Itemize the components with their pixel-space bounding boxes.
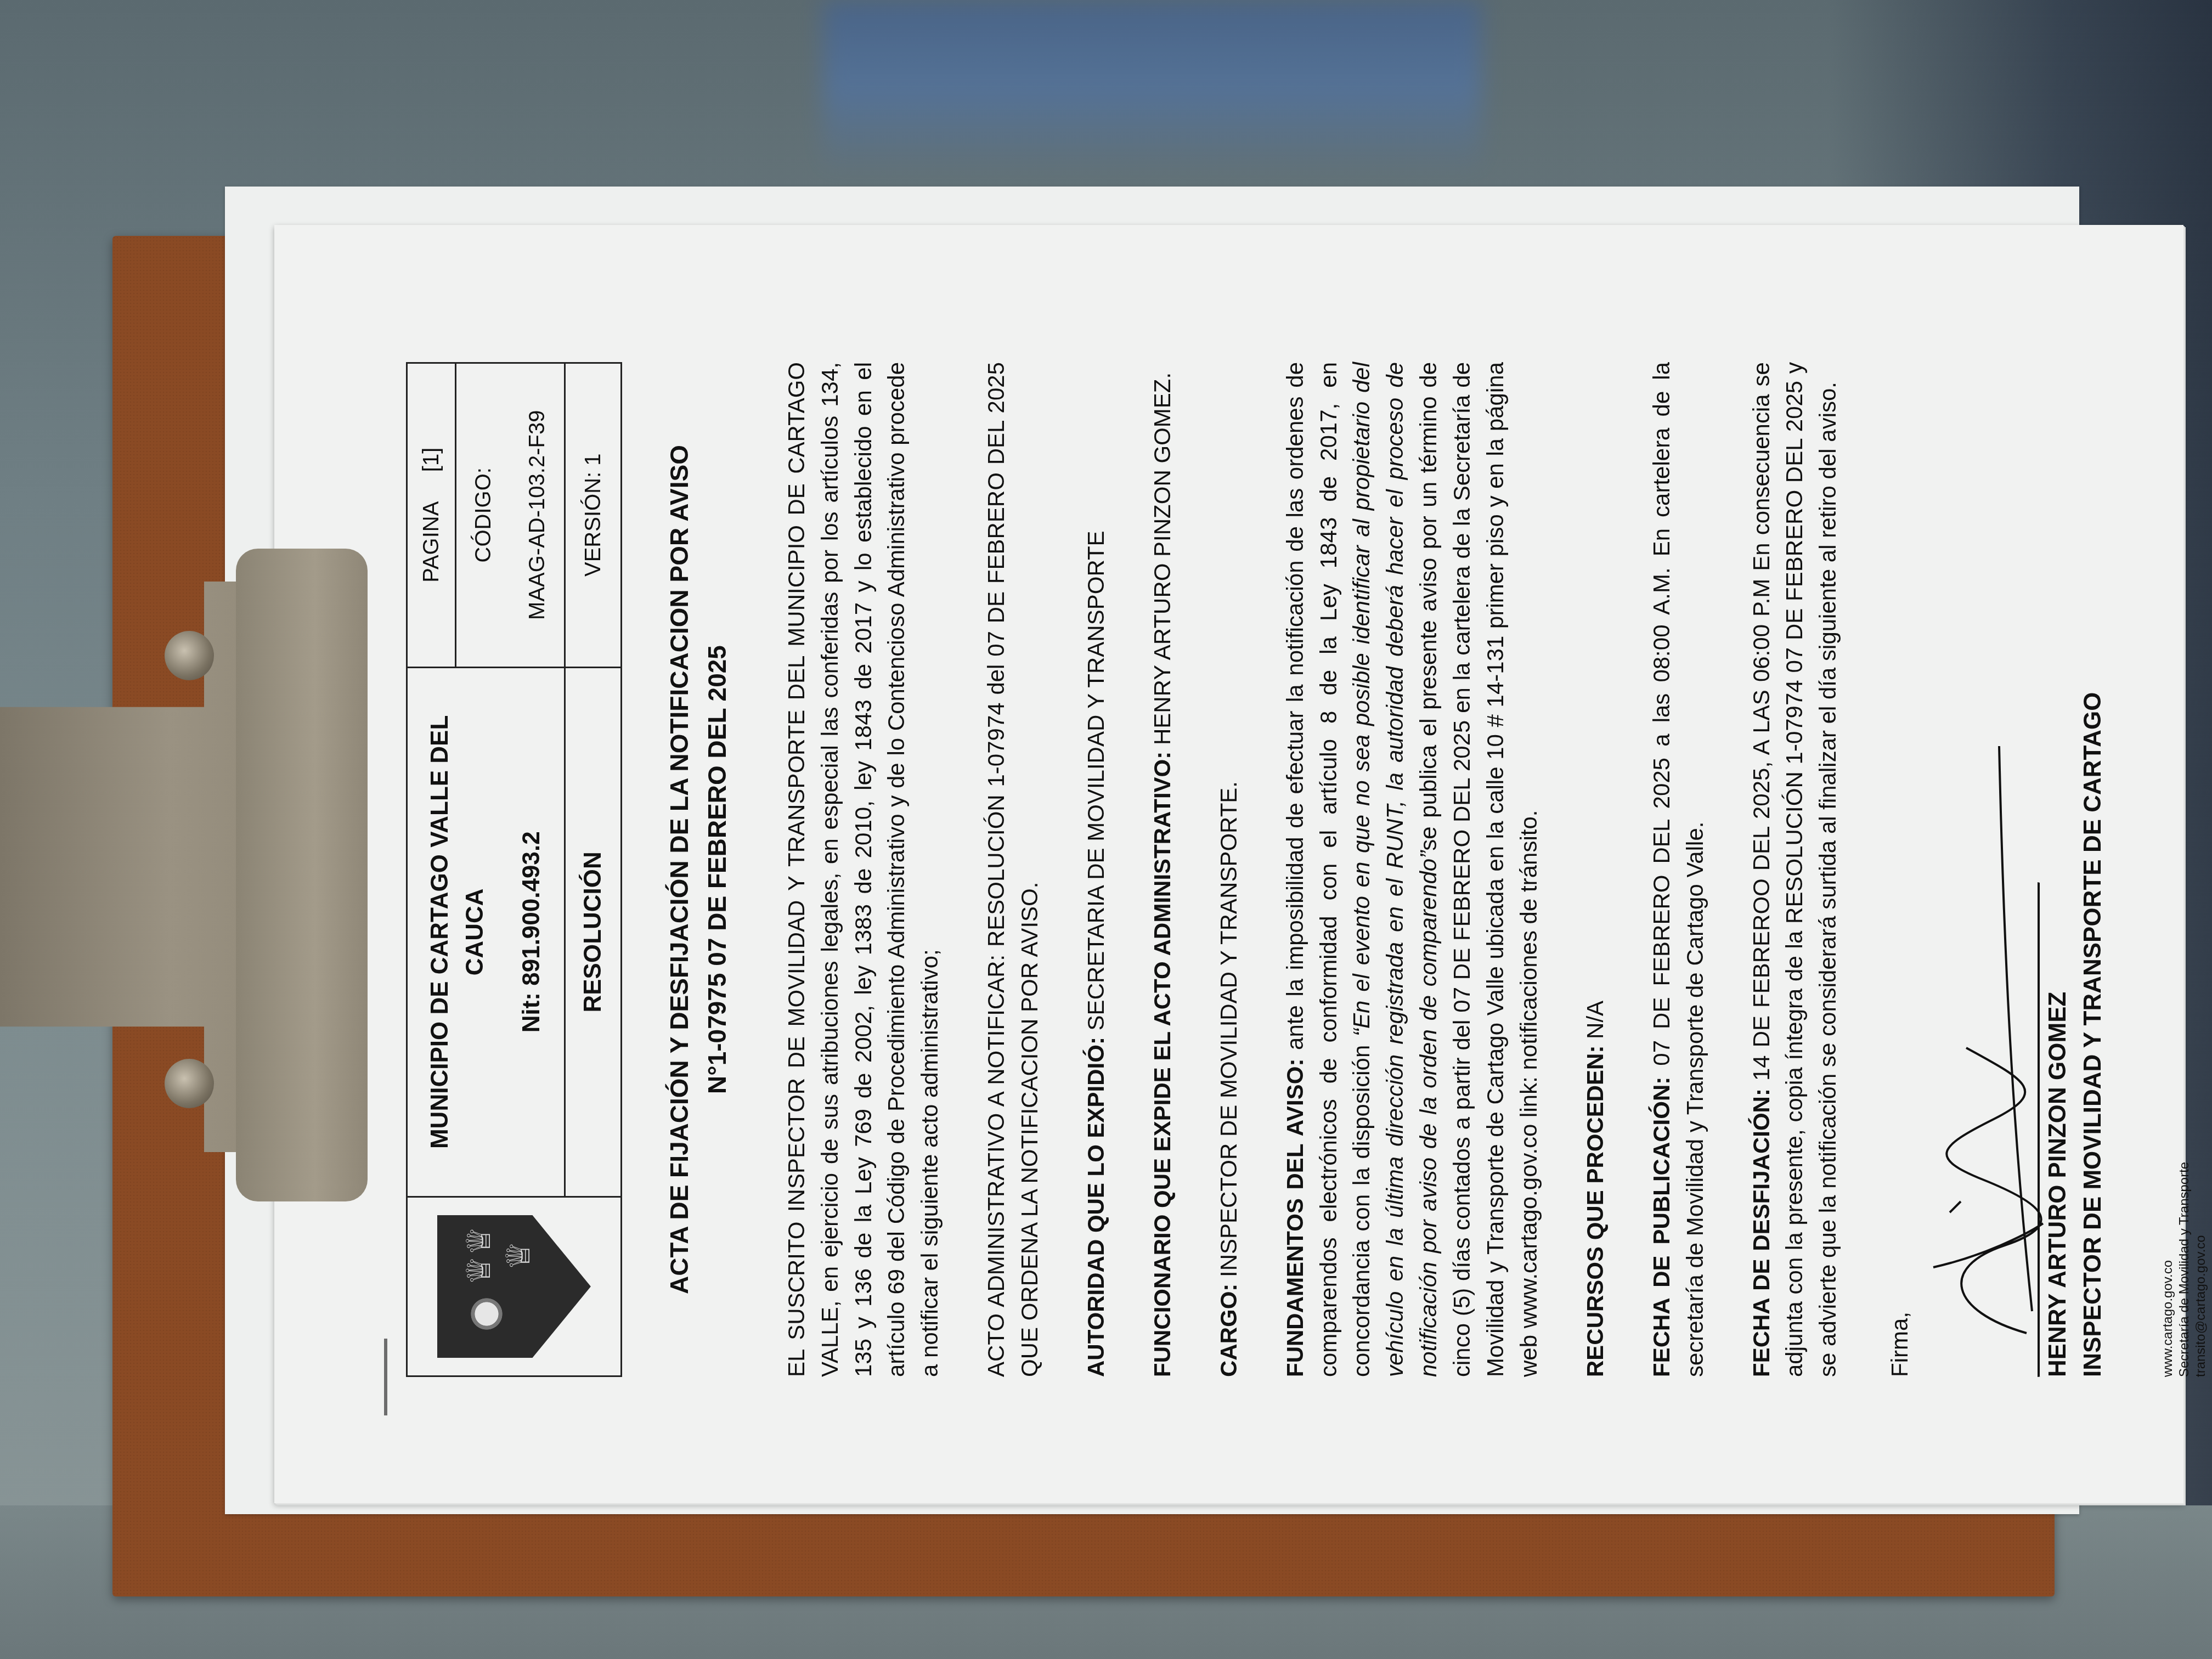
footer-website: www.cartago.gov.co xyxy=(2160,362,2176,1377)
cargo-paragraph: CARGO: INSPECTOR DE MOVILIDAD Y TRANSPOR… xyxy=(1212,362,1246,1377)
page-number: [1] xyxy=(419,448,443,472)
fundamentos-paragraph: FUNDAMENTOS DEL AVISO: ante la imposibil… xyxy=(1279,362,1546,1377)
document-header-table: MUNICIPIO DE CARTAGO VALLE DEL CAUCA Nit… xyxy=(406,362,622,1377)
doc-type-cell: RESOLUCIÓN xyxy=(565,667,622,1197)
coat-of-arms-icon xyxy=(437,1215,591,1358)
cargo-value: INSPECTOR DE MOVILIDAD Y TRANSPORTE. xyxy=(1216,781,1242,1284)
signature-label: Firma, xyxy=(1883,362,1917,1377)
cargo-label: CARGO: xyxy=(1216,1284,1242,1377)
publicacion-label: FECHA DE PUBLICACIÓN: xyxy=(1649,1077,1674,1377)
desfijacion-label: FECHA DE DESFIJACIÓN: xyxy=(1748,1088,1774,1377)
fundamentos-label: FUNDAMENTOS DEL AVISO: xyxy=(1282,1059,1308,1377)
document-page: MUNICIPIO DE CARTAGO VALLE DEL CAUCA Nit… xyxy=(357,318,1871,1437)
version-cell: VERSIÓN: 1 xyxy=(565,363,622,668)
funcionario-label: FUNCIONARIO QUE EXPIDE EL ACTO ADMINISTR… xyxy=(1149,752,1175,1377)
footer-department: Secretaría de Movilidad y Transporte xyxy=(2176,362,2193,1377)
desfijacion-paragraph: FECHA DE DESFIJACIÓN: 14 DE FEBREROO DEL… xyxy=(1745,362,1846,1377)
publicacion-paragraph: FECHA DE PUBLICACIÓN: 07 DE FEBRERO DEL … xyxy=(1645,362,1712,1377)
window-reflection xyxy=(823,0,1481,176)
funcionario-value: HENRY ARTURO PINZON GOMEZ. xyxy=(1149,373,1175,752)
page-cell: PAGINA [1] xyxy=(407,363,456,668)
footer-address: Calle 10 No 14 – 131 xyxy=(2209,362,2212,1377)
autoridad-label: AUTORIDAD QUE LO EXPIDIÓ: xyxy=(1083,1037,1109,1377)
funcionario-paragraph: FUNCIONARIO QUE EXPIDE EL ACTO ADMINISTR… xyxy=(1146,362,1180,1377)
recursos-paragraph: RECURSOS QUE PROCEDEN: N/A xyxy=(1579,362,1612,1377)
crest-cell xyxy=(407,1197,622,1376)
recursos-label: RECURSOS QUE PROCEDEN: xyxy=(1582,1046,1608,1377)
intro-paragraph: EL SUSCRITO INSPECTOR DE MOVILIDAD Y TRA… xyxy=(780,362,947,1377)
page-footer: www.cartago.gov.co Secretaría de Movilid… xyxy=(2160,362,2212,1377)
organization-cell: MUNICIPIO DE CARTAGO VALLE DEL CAUCA Nit… xyxy=(407,667,565,1197)
nit-number: Nit: 891.900.493.2 xyxy=(514,678,549,1187)
handwritten-signature xyxy=(1917,883,2038,1377)
document-title: ACTA DE FIJACIÓN Y DESFIJACIÓN DE LA NOT… xyxy=(661,362,736,1377)
title-line-1: ACTA DE FIJACIÓN Y DESFIJACIÓN DE LA NOT… xyxy=(661,362,698,1377)
organization-name: MUNICIPIO DE CARTAGO VALLE DEL CAUCA xyxy=(422,678,493,1187)
signer-role: INSPECTOR DE MOVILIDAD Y TRANSPORTE DE C… xyxy=(2075,362,2111,1377)
doc-type: RESOLUCIÓN xyxy=(579,851,606,1012)
clip-rivet-icon xyxy=(165,631,214,680)
code-label: CÓDIGO: xyxy=(467,375,499,656)
code-cell: CÓDIGO: MAAG-AD-103.2-F39 xyxy=(456,363,565,668)
autoridad-value: SECRETARIA DE MOVILIDAD Y TRANSPORTE xyxy=(1083,531,1109,1037)
acto-paragraph: ACTO ADMINISTRATIVO A NOTIFICAR: RESOLUC… xyxy=(980,362,1047,1377)
title-line-2: N°1-07975 07 DE FEBRERO DEL 2025 xyxy=(698,362,736,1377)
signature-block: Firma, HENRY ARTURO PINZON GOMEZ INSPECT… xyxy=(1883,362,2110,1377)
clip-rivet-icon xyxy=(165,1059,214,1108)
version: VERSIÓN: 1 xyxy=(581,454,605,577)
autoridad-paragraph: AUTORIDAD QUE LO EXPIDIÓ: SECRETARIA DE … xyxy=(1080,362,1113,1377)
clipboard-clip-pad xyxy=(236,549,368,1201)
recursos-value: N/A xyxy=(1582,1001,1608,1046)
code-value: MAAG-AD-103.2-F39 xyxy=(521,375,553,656)
footer-email: transito@cartago.gov.co xyxy=(2193,362,2209,1377)
page-label: PAGINA xyxy=(419,503,443,583)
